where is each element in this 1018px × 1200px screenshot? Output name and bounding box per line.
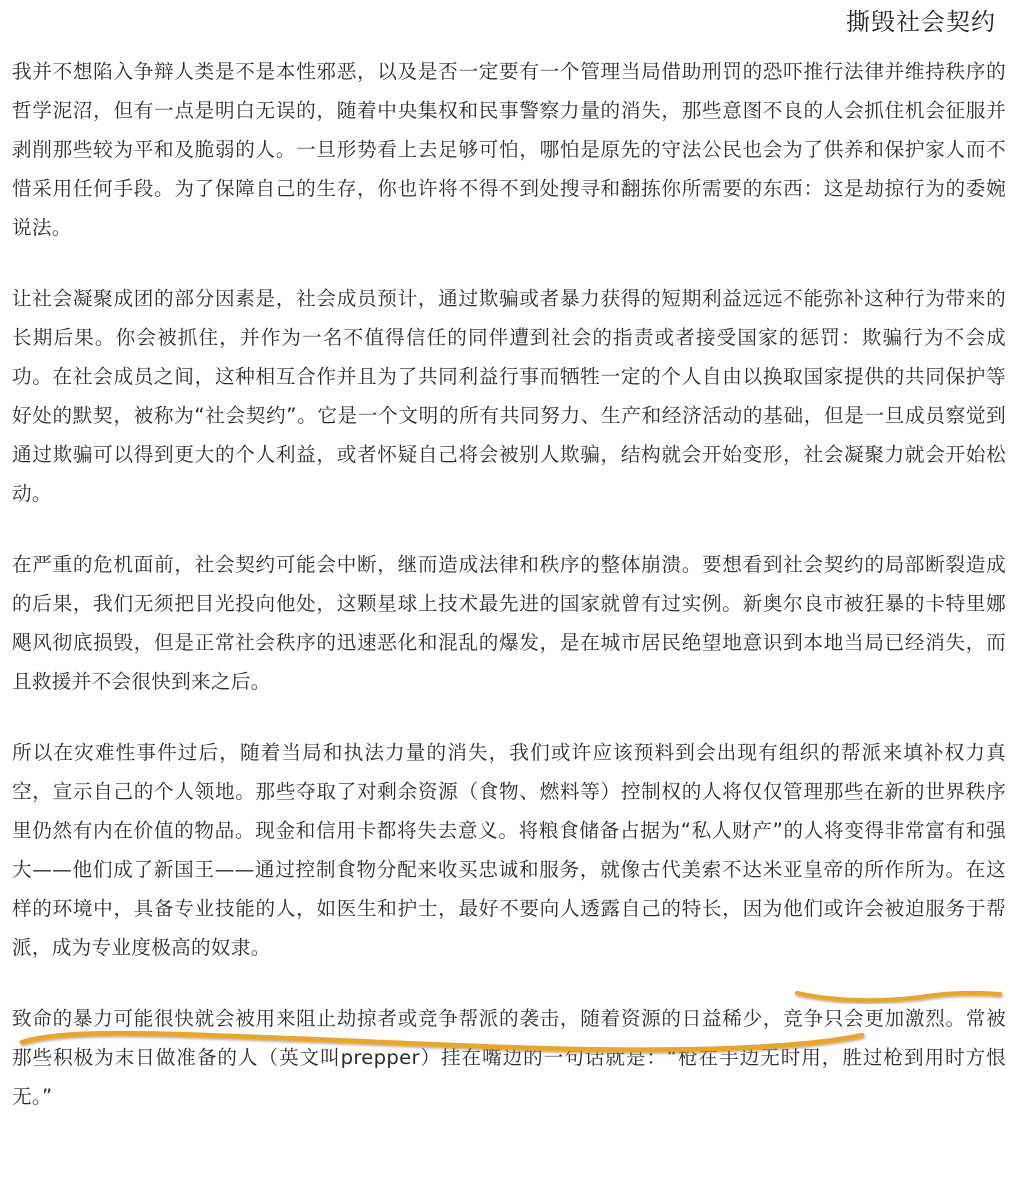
paragraph-3: 在严重的危机面前，社会契约可能会中断，继而造成法律和秩序的整体崩溃。要想看到社会… <box>12 545 1006 701</box>
paragraph-1: 我并不想陷入争辩人类是不是本性邪恶，以及是否一定要有一个管理当局借助刑罚的恐吓推… <box>12 52 1006 247</box>
paragraph-4-text: 所以在灾难性事件过后，随着当局和执法力量的消失，我们或许应该预料到会出现有组织的… <box>12 741 1006 920</box>
paragraph-5: 致命的暴力可能很快就会被用来阻止劫掠者或竞争帮派的袭击，随着资源的日益稀少，竞争… <box>12 999 1006 1116</box>
paragraph-2: 让社会凝聚成团的部分因素是，社会成员预计，通过欺骗或者暴力获得的短期利益远远不能… <box>12 279 1006 513</box>
paragraph-4: 所以在灾难性事件过后，随着当局和执法力量的消失，我们或许应该预料到会出现有组织的… <box>12 733 1006 967</box>
page-title: 撕毁社会契约 <box>846 4 996 40</box>
article-body: 我并不想陷入争辩人类是不是本性邪恶，以及是否一定要有一个管理当局借助刑罚的恐吓推… <box>12 52 1006 1116</box>
